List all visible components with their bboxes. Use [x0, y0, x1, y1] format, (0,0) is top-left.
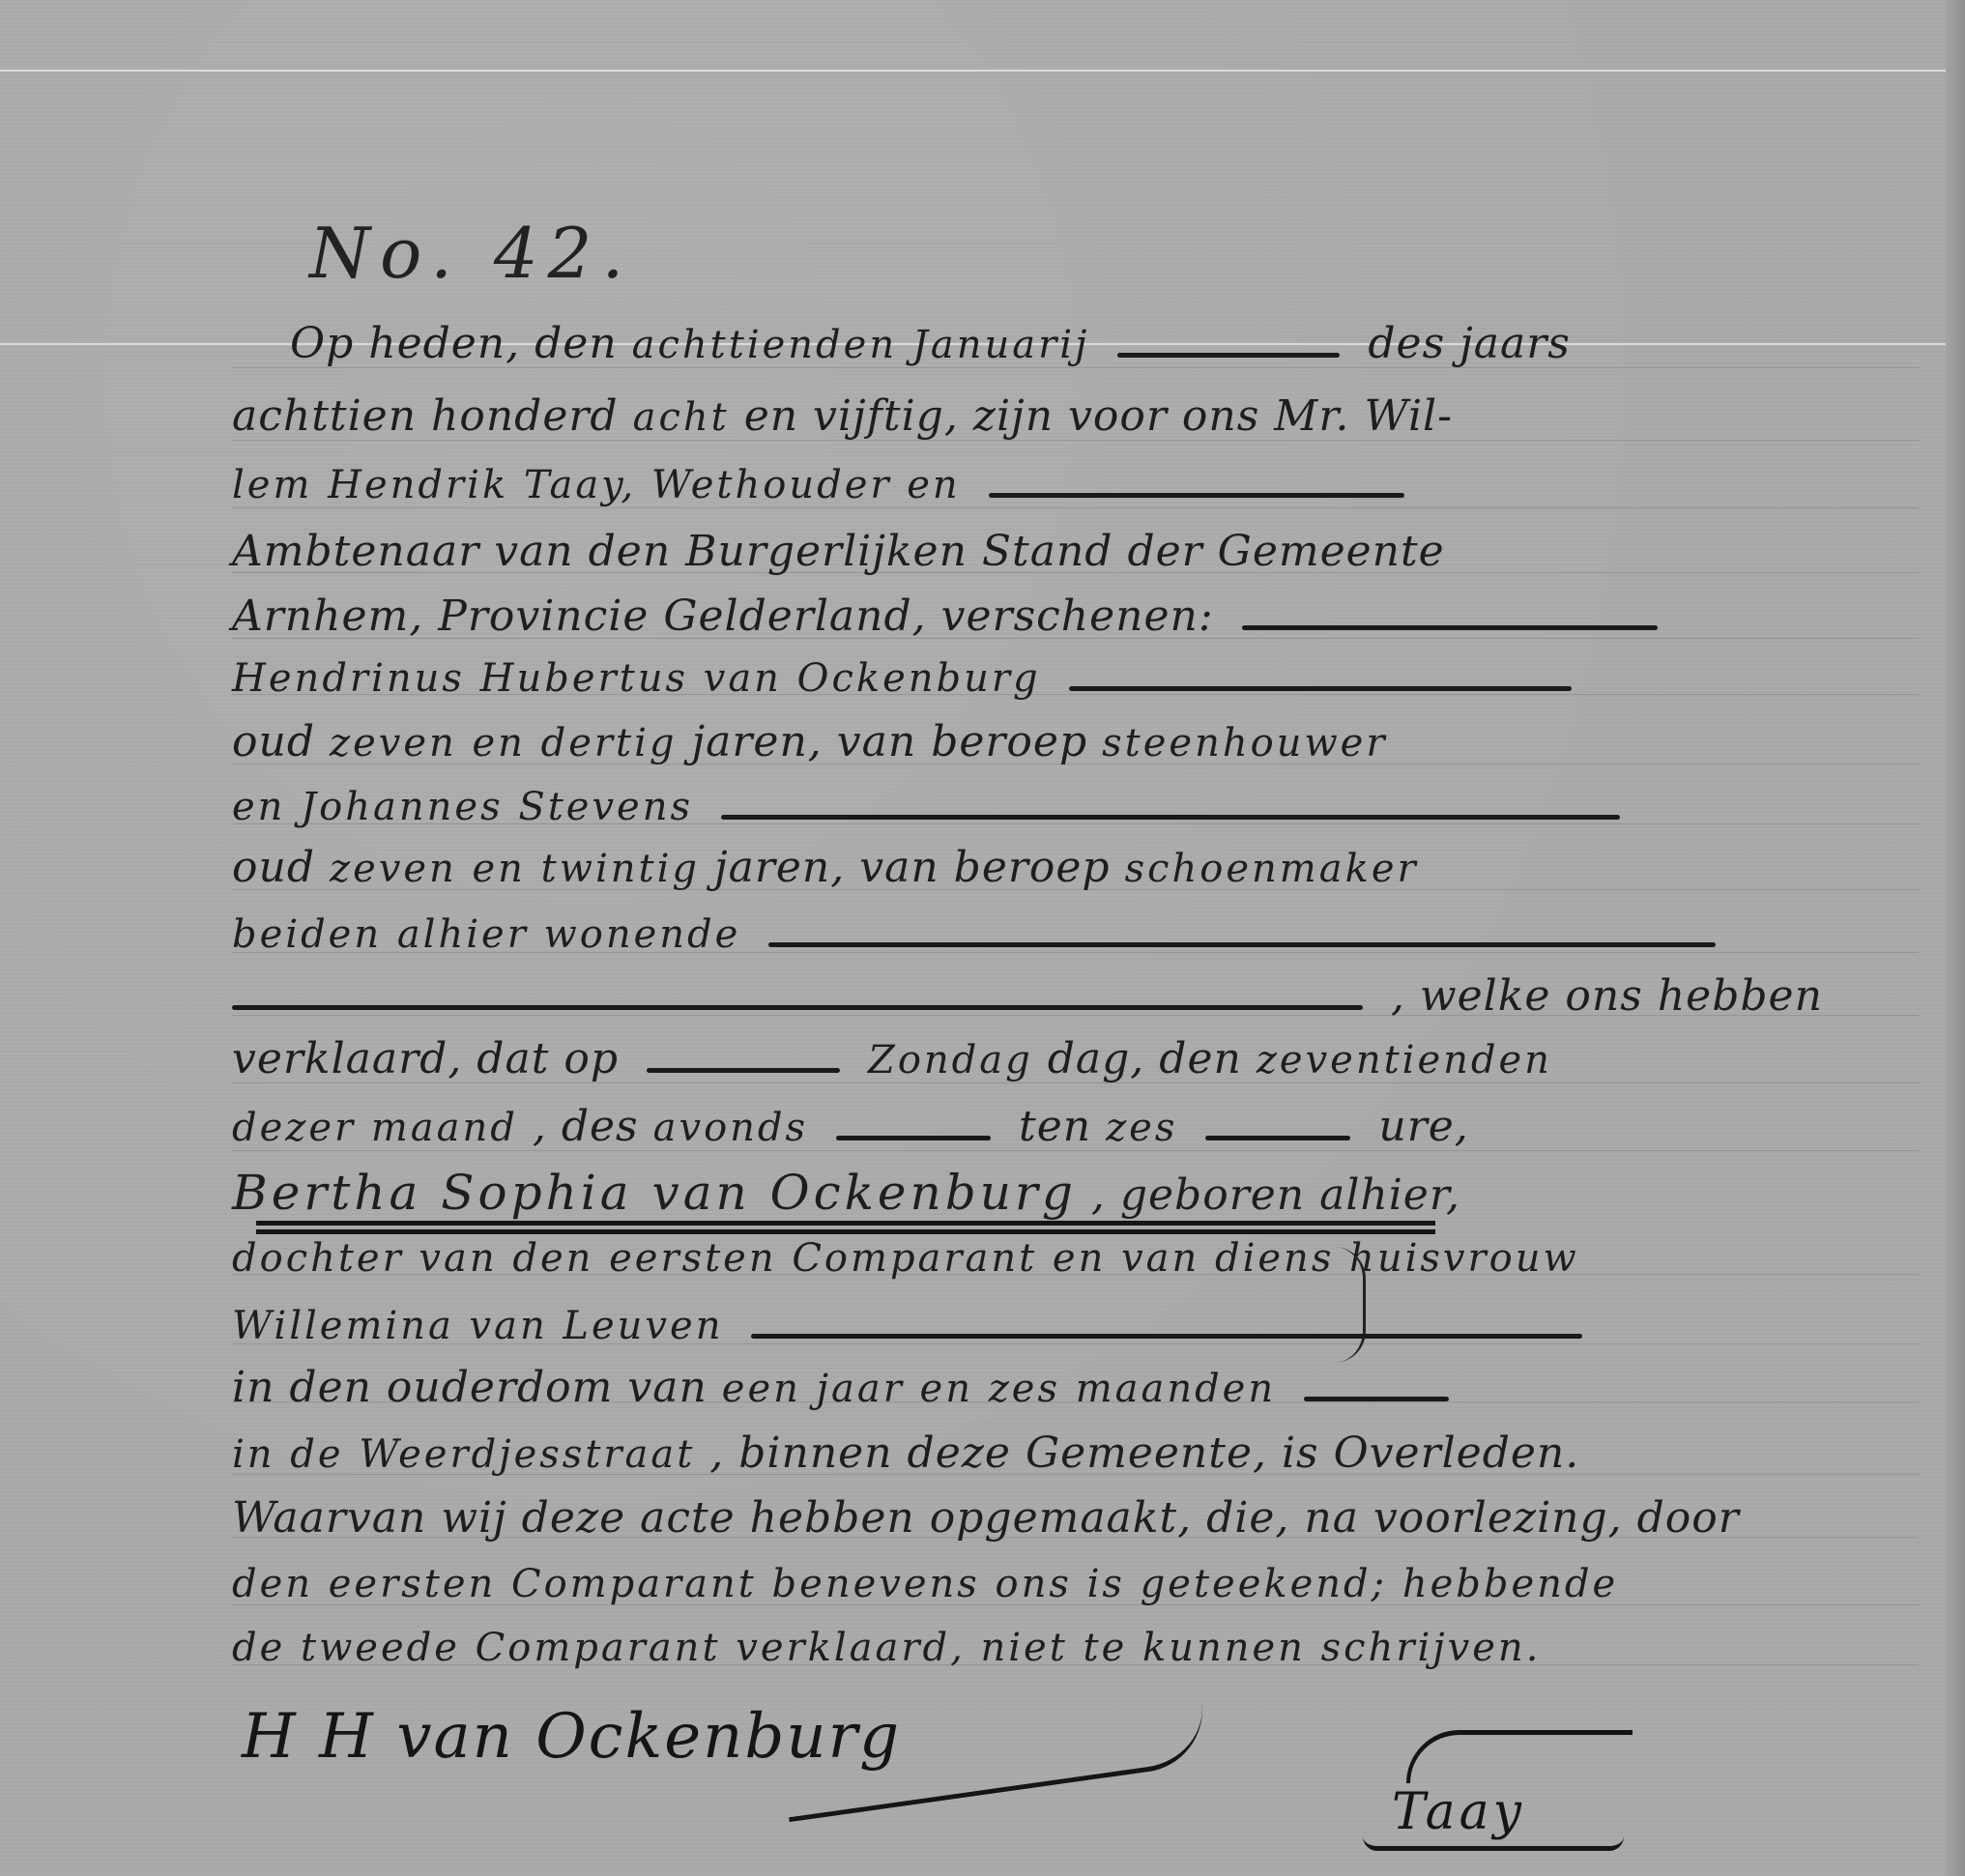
- printed-text: , geboren alhier,: [1091, 1170, 1460, 1220]
- deceased-name: Bertha Sophia van Ockenburg: [232, 1165, 1077, 1221]
- handwritten-fill: avonds: [653, 1106, 808, 1150]
- handwritten-fill: den eersten Comparant benevens ons is ge…: [232, 1562, 1618, 1606]
- signature-flourish: [1406, 1730, 1633, 1783]
- text-line: Bertha Sophia van Ockenburg , geboren al…: [232, 1165, 1460, 1221]
- handwritten-fill: Willemina van Leuven: [232, 1304, 723, 1348]
- handwritten-fill: zeven en dertig: [330, 721, 678, 765]
- printed-text: , binnen deze Gemeente, is Overleden.: [709, 1429, 1579, 1478]
- signature-flourish: [1363, 1836, 1624, 1851]
- act-number: No. 42.: [309, 213, 633, 294]
- text-line: achttien honderd acht en vijftig, zijn v…: [232, 391, 1453, 441]
- printed-text: Op heden, den: [290, 319, 618, 368]
- printed-text: in den ouderdom van: [232, 1363, 708, 1412]
- text-line: dochter van den eersten Comparant en van…: [232, 1232, 1579, 1282]
- filler-dash: [1242, 625, 1658, 630]
- printed-text: ten: [1019, 1102, 1091, 1151]
- official-signature: Taay: [1392, 1783, 1525, 1841]
- text-line: en Johannes Stevens: [232, 781, 1633, 830]
- printed-text: , des: [533, 1102, 639, 1151]
- filler-dash: [232, 1005, 1363, 1010]
- printed-text: oud: [232, 717, 315, 766]
- filler-dash: [751, 1334, 1582, 1339]
- text-line: , welke ons hebben: [232, 971, 1823, 1021]
- handwritten-fill: steenhouwer: [1102, 721, 1387, 765]
- text-line: Op heden, den achttienden Januarij des j…: [290, 319, 1571, 368]
- printed-text: verklaard, dat op: [232, 1034, 619, 1083]
- text-line: de tweede Comparant verklaard, niet te k…: [232, 1622, 1541, 1671]
- printed-text: jaren, van beroep: [714, 843, 1111, 892]
- page-edge: [1946, 0, 1965, 1876]
- printed-text: jaren, van beroep: [692, 717, 1088, 766]
- printed-text: dag, den: [1048, 1034, 1242, 1083]
- handwritten-fill: beiden alhier wonende: [232, 912, 740, 957]
- filler-dash: [989, 493, 1404, 498]
- document-page: No. 42. Op heden, den achttienden Januar…: [0, 0, 1965, 1876]
- handwritten-fill: dezer maand: [232, 1106, 518, 1150]
- filler-dash: [768, 942, 1716, 947]
- filler-dash: [1205, 1136, 1350, 1140]
- handwritten-fill: Hendrinus Hubertus van Ockenburg: [232, 656, 1041, 701]
- text-line: beiden alhier wonende: [232, 909, 1729, 958]
- printed-text: Arnhem, Provincie Gelderland, verschenen…: [232, 592, 1214, 641]
- handwritten-fill: de tweede Comparant verklaard, niet te k…: [232, 1626, 1541, 1670]
- text-line: lem Hendrik Taay, Wethouder en: [232, 459, 1418, 508]
- text-line: den eersten Comparant benevens ons is ge…: [232, 1558, 1618, 1607]
- handwritten-fill: Zondag: [868, 1038, 1033, 1082]
- printed-text: oud: [232, 843, 315, 892]
- text-line: in de Weerdjesstraat , binnen deze Gemee…: [232, 1429, 1579, 1478]
- handwritten-fill: schoenmaker: [1125, 847, 1419, 891]
- filler-dash: [1117, 353, 1340, 358]
- printed-text: achttien honderd: [232, 391, 619, 441]
- handwritten-fill: achttienden Januarij: [632, 323, 1090, 367]
- handwritten-fill: zeven en twintig: [330, 847, 700, 891]
- filler-dash: [836, 1136, 991, 1140]
- text-line: Waarvan wij deze acte hebben opgemaakt, …: [232, 1493, 1740, 1543]
- handwritten-fill: lem Hendrik Taay, Wethouder en: [232, 463, 961, 507]
- filler-dash: [721, 815, 1620, 820]
- printed-text: Ambtenaar van den Burgerlijken Stand der…: [232, 527, 1445, 576]
- handwritten-fill: acht: [633, 395, 730, 440]
- text-line: Hendrinus Hubertus van Ockenburg: [232, 652, 1585, 702]
- text-line: in den ouderdom van een jaar en zes maan…: [232, 1363, 1462, 1412]
- text-line: verklaard, dat op Zondag dag, den zevent…: [232, 1034, 1552, 1083]
- handwritten-fill: zes: [1106, 1106, 1177, 1150]
- filler-dash: [1304, 1397, 1449, 1401]
- handwritten-fill: dochter van den eersten Comparant en van…: [232, 1236, 1579, 1281]
- text-line: Arnhem, Provincie Gelderland, verschenen…: [232, 592, 1671, 641]
- printed-text: en vijftig, zijn voor ons Mr. Wil-: [744, 391, 1453, 441]
- text-line: Ambtenaar van den Burgerlijken Stand der…: [232, 527, 1445, 576]
- printed-text: Waarvan wij deze acte hebben opgemaakt, …: [232, 1493, 1740, 1543]
- text-line: oud zeven en twintig jaren, van beroep s…: [232, 843, 1419, 892]
- filler-dash: [647, 1068, 840, 1073]
- printed-text: des jaars: [1368, 319, 1571, 368]
- filler-dash: [1069, 686, 1572, 691]
- handwritten-fill: en Johannes Stevens: [232, 785, 693, 829]
- printed-text: ure,: [1378, 1102, 1468, 1151]
- text-line: Willemina van Leuven: [232, 1300, 1596, 1349]
- handwritten-fill: een jaar en zes maanden: [722, 1367, 1276, 1411]
- handwritten-fill: in de Weerdjesstraat: [232, 1432, 695, 1477]
- paper-crease: [0, 70, 1965, 72]
- text-line: oud zeven en dertig jaren, van beroep st…: [232, 717, 1387, 766]
- handwritten-fill: zeventienden: [1257, 1038, 1552, 1082]
- printed-text: , welke ons hebben: [1391, 971, 1823, 1021]
- text-line: dezer maand , des avonds ten zes ure,: [232, 1102, 1469, 1151]
